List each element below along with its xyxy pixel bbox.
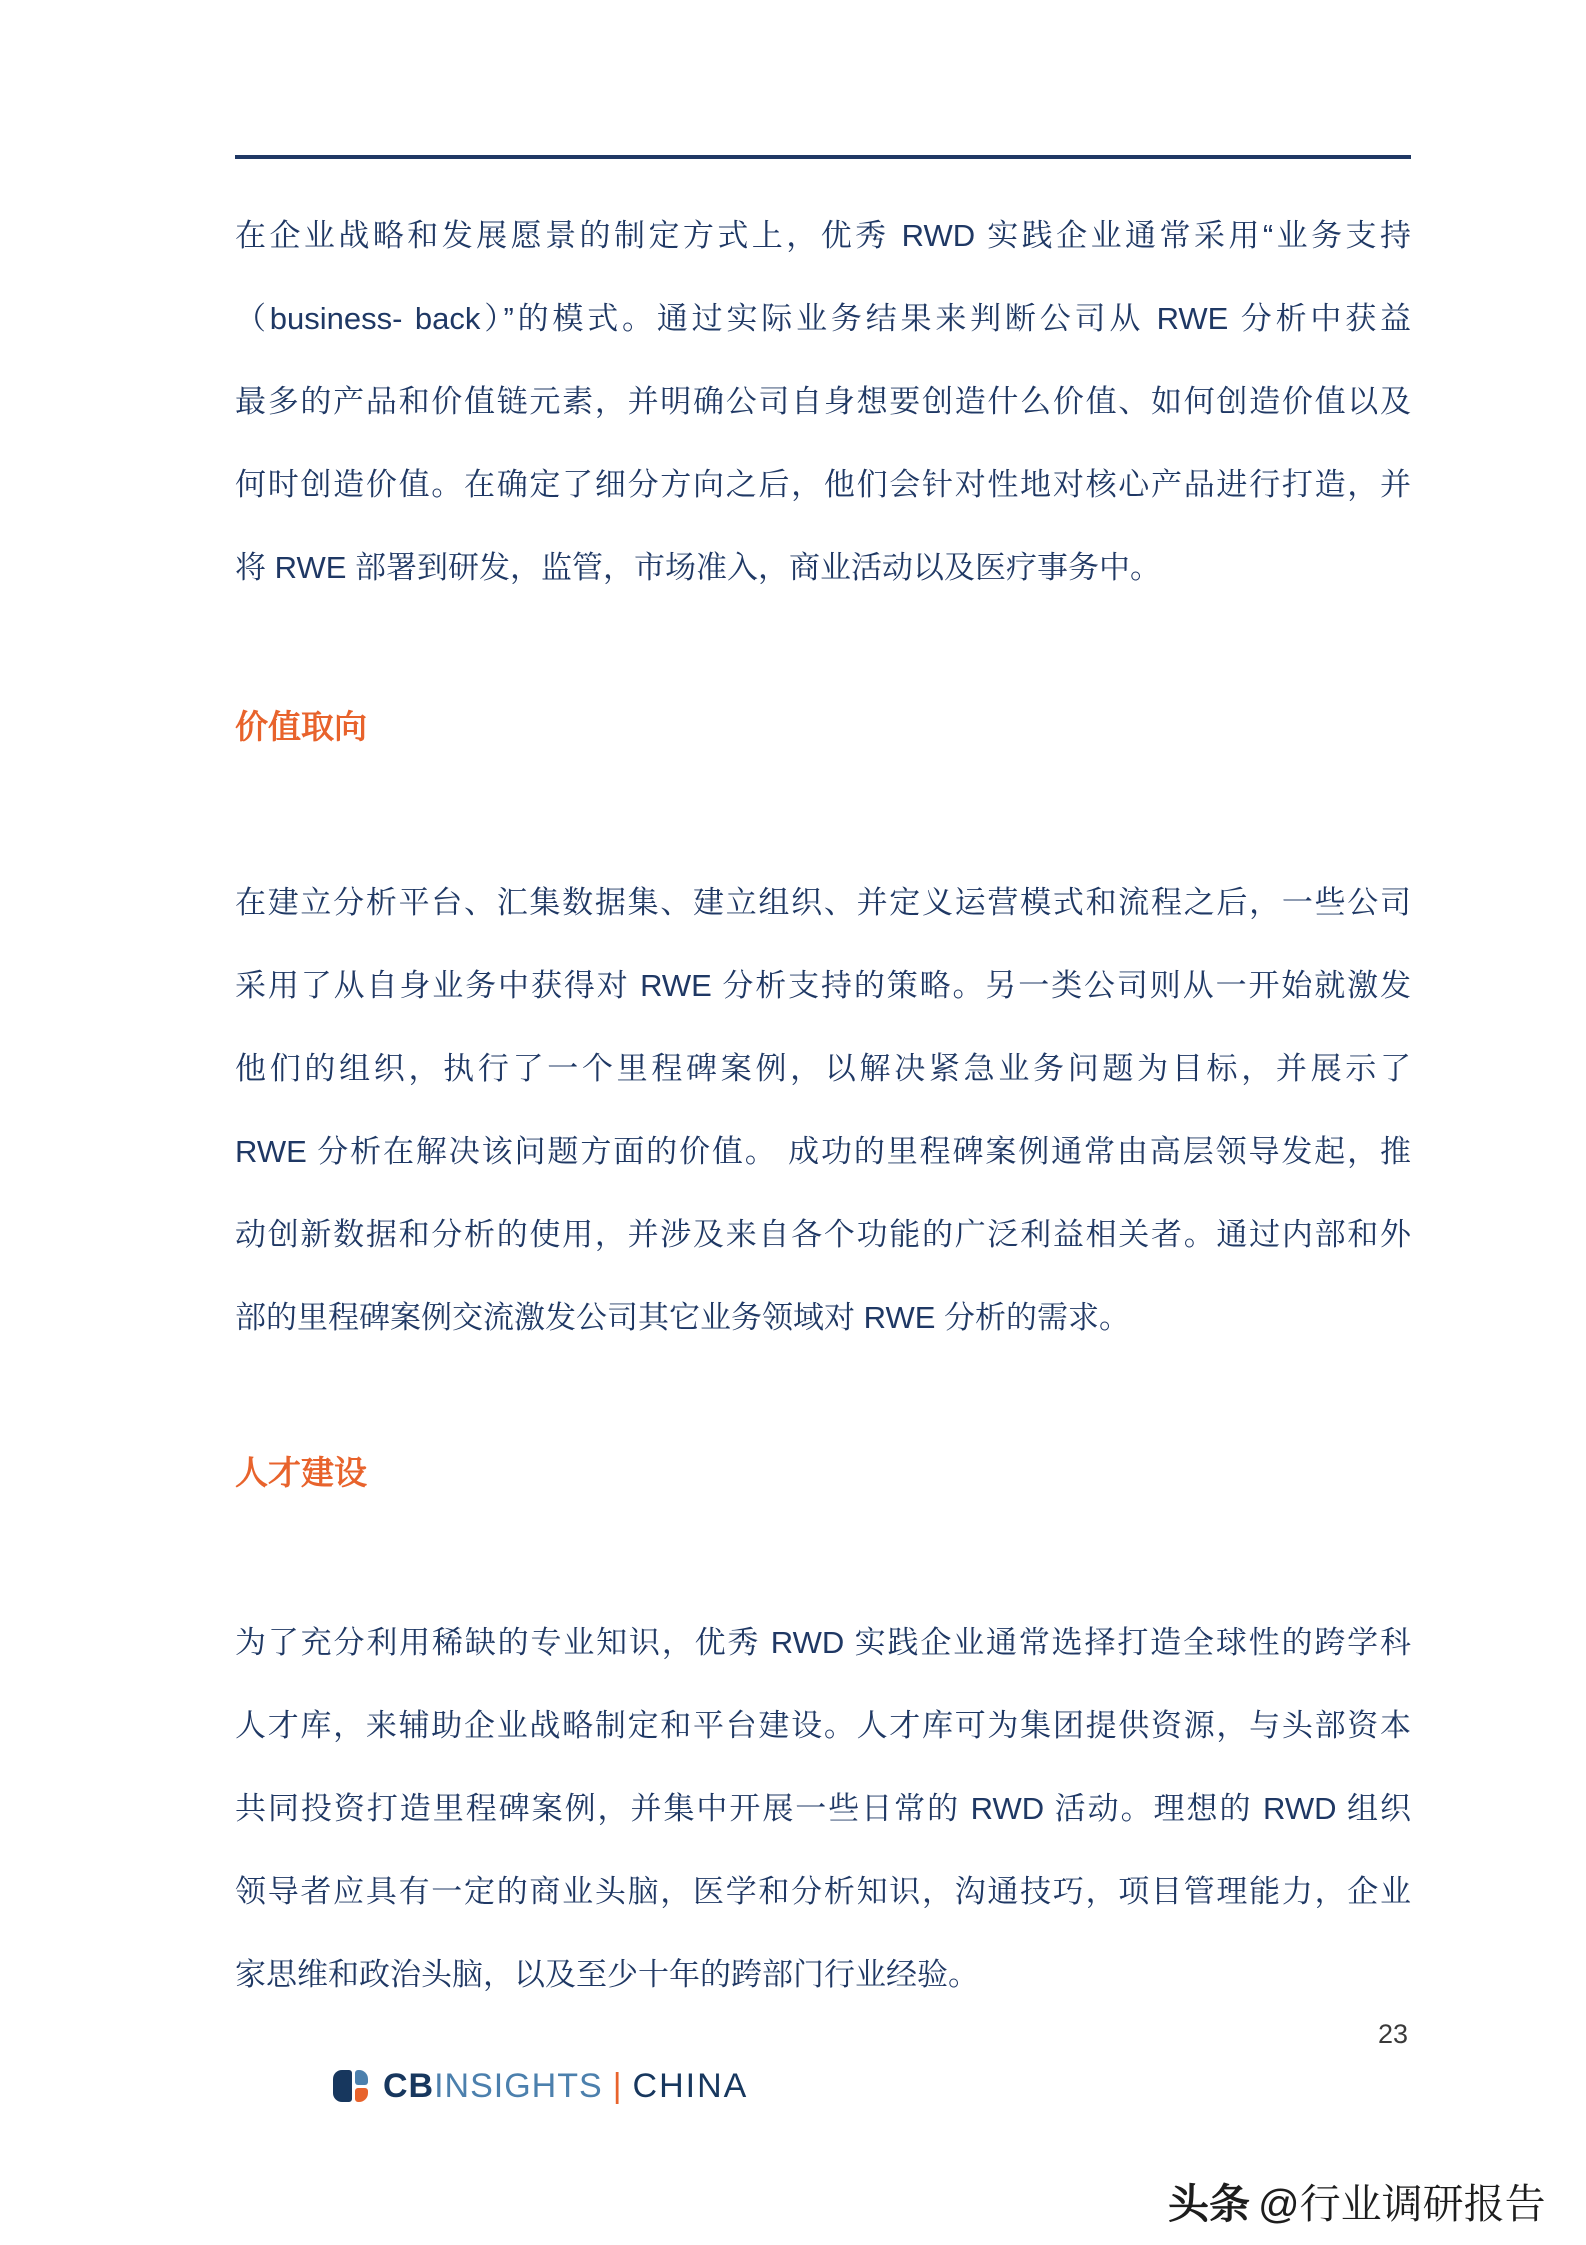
text-line: 家思维和政治头脑，以及至少十年的跨部门行业经验。 — [235, 1933, 1411, 2016]
logo-icon-top-right-block — [355, 2070, 368, 2085]
header-divider — [235, 155, 1411, 159]
paragraph-strategy: 在企业战略和发展愿景的制定方式上，优秀 RWD 实践企业通常采用“业务支持 （b… — [235, 194, 1411, 609]
watermark-handle: @行业调研报告 — [1258, 2181, 1546, 2227]
cbinsights-china-logo: CBINSIGHTS|CHINA — [333, 2068, 748, 2105]
text-line: 他们的组织，执行了一个里程碑案例，以解决紧急业务问题为目标，并展示了 — [235, 1027, 1411, 1110]
page-number: 23 — [1378, 2018, 1408, 2050]
text-line: 将 RWE 部署到研发，监管，市场准入，商业活动以及医疗事务中。 — [235, 526, 1411, 609]
section-heading-talent: 人才建设 — [235, 1448, 1411, 1498]
text-line: 何时创造价值。在确定了细分方向之后，他们会针对性地对核心产品进行打造，并 — [235, 443, 1411, 526]
logo-insights-text: INSIGHTS — [434, 2067, 603, 2105]
text-line: （business- back）”的模式。通过实际业务结果来判断公司从 RWE … — [235, 277, 1411, 360]
logo-icon-left-block — [333, 2070, 352, 2102]
section-heading-value-orientation: 价值取向 — [235, 702, 1411, 752]
text-line: RWE 分析在解决该问题方面的价值。 成功的里程碑案例通常由高层领导发起，推 — [235, 1110, 1411, 1193]
watermark-brand: 头条 — [1168, 2181, 1250, 2227]
text-line: 人才库，来辅助企业战略制定和平台建设。人才库可为集团提供资源，与头部资本 — [235, 1684, 1411, 1767]
logo-icon-bottom-right-block — [355, 2088, 368, 2102]
text-line: 共同投资打造里程碑案例，并集中开展一些日常的 RWD 活动。理想的 RWD 组织 — [235, 1767, 1411, 1850]
paragraph-value-orientation: 在建立分析平台、汇集数据集、建立组织、并定义运营模式和流程之后，一些公司 采用了… — [235, 861, 1411, 1359]
logo-cb-text: CB — [383, 2067, 434, 2105]
text-line: 为了充分利用稀缺的专业知识，优秀 RWD 实践企业通常选择打造全球性的跨学科 — [235, 1601, 1411, 1684]
cbinsights-logo-icon — [333, 2070, 370, 2103]
text-line: 在建立分析平台、汇集数据集、建立组织、并定义运营模式和流程之后，一些公司 — [235, 861, 1411, 944]
logo-china-text: CHINA — [633, 2067, 749, 2105]
text-line: 动创新数据和分析的使用，并涉及来自各个功能的广泛利益相关者。通过内部和外 — [235, 1193, 1411, 1276]
text-line: 最多的产品和价值链元素，并明确公司自身想要创造什么价值、如何创造价值以及 — [235, 360, 1411, 443]
logo-separator: | — [603, 2067, 633, 2105]
text-line: 在企业战略和发展愿景的制定方式上，优秀 RWD 实践企业通常采用“业务支持 — [235, 194, 1411, 277]
text-line: 领导者应具有一定的商业头脑，医学和分析知识，沟通技巧，项目管理能力，企业 — [235, 1850, 1411, 1933]
text-line: 采用了从自身业务中获得对 RWE 分析支持的策略。另一类公司则从一开始就激发 — [235, 944, 1411, 1027]
report-page: 在企业战略和发展愿景的制定方式上，优秀 RWD 实践企业通常采用“业务支持 （b… — [0, 0, 1586, 2245]
text-line: 部的里程碑案例交流激发公司其它业务领域对 RWE 分析的需求。 — [235, 1276, 1411, 1359]
paragraph-talent: 为了充分利用稀缺的专业知识，优秀 RWD 实践企业通常选择打造全球性的跨学科 人… — [235, 1601, 1411, 2016]
toutiao-watermark: 头条@行业调研报告 — [1168, 2180, 1546, 2228]
logo-wordmark: CBINSIGHTS|CHINA — [383, 2068, 748, 2105]
